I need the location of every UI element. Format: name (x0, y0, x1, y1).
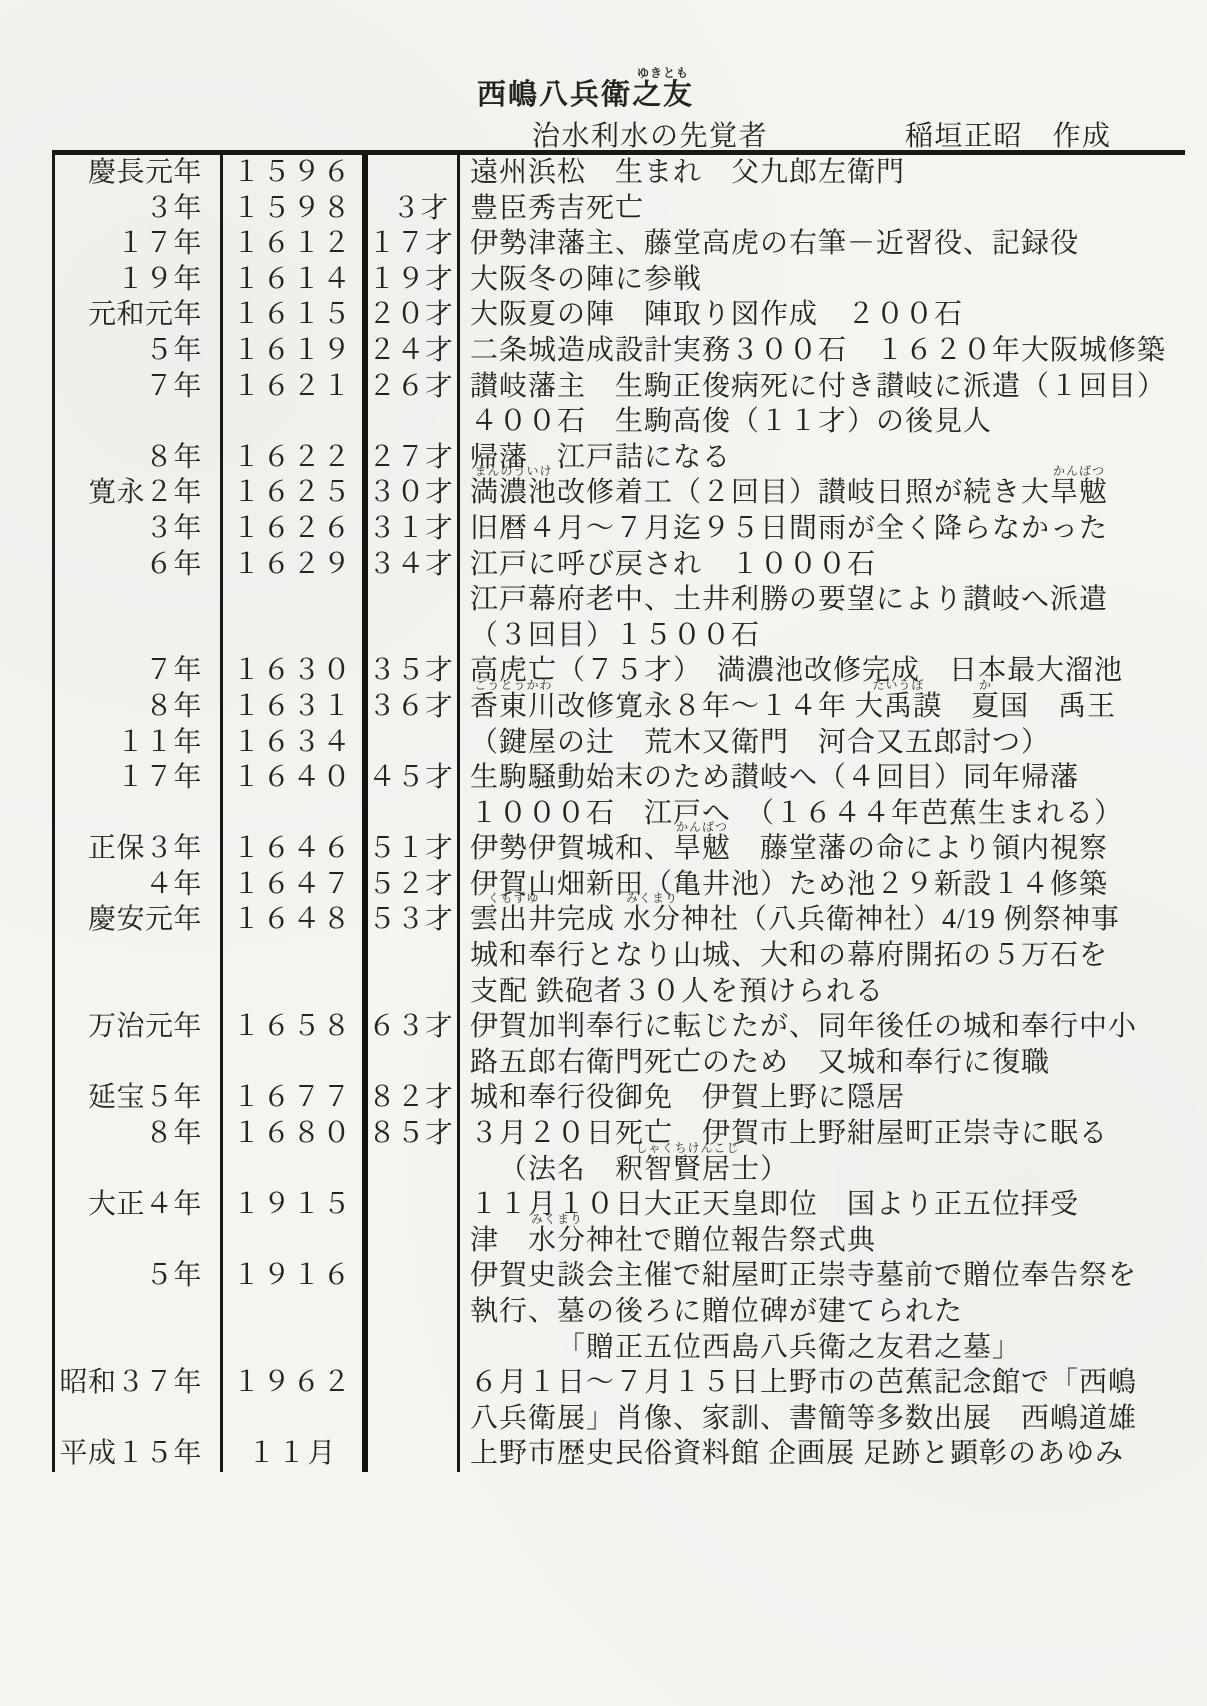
text-run: 伊賀加判奉行に転じたが、同年後任の城和奉行中小 (470, 1011, 1137, 1042)
text-run: 城和奉行となり山城、大和の幕府開拓の５万石を (470, 940, 1108, 971)
timeline-table: 慶長元年１５９６遠州浜松 生まれ 父九郎左衛門３年１５９８３才豊臣秀吉死亡１７年… (52, 150, 1185, 1472)
document-header: 西嶋八兵衛之友ゆきとも 治水利水の先覚者 稲垣正昭 作成 (0, 0, 1207, 150)
age-cell (368, 404, 460, 440)
text-run: 路五郎右衛門死亡のため 又城和奉行に復職 (470, 1047, 1050, 1078)
event-cell: 路五郎右衛門死亡のため 又城和奉行に復職 (460, 1045, 1185, 1081)
year-cell (223, 1330, 368, 1366)
furigana: しゃくちけんこじ (636, 1142, 740, 1154)
era-cell: ８年 (55, 689, 223, 725)
year-cell: １６３４ (223, 725, 368, 761)
event-cell: 雲出井くもずゆ完成 水分みくまり神社（八兵衛神社）4/19 例祭神事 (460, 902, 1185, 938)
text-run: 大阪夏の陣 陣取り図作成 ２００石 (470, 299, 963, 330)
year-cell (223, 582, 368, 618)
age-cell (368, 1294, 460, 1330)
age-cell: ３才 (368, 191, 460, 227)
age-cell: ３４才 (368, 547, 460, 583)
event-cell: 「贈正五位西島八兵衛之友君之墓」 (460, 1330, 1185, 1366)
scanned-document-page: { "page": { "background": "#f5f4f1", "in… (0, 0, 1207, 1706)
year-cell: １６３０ (223, 653, 368, 689)
year-cell: １９６２ (223, 1365, 368, 1401)
event-cell: 江戸に呼び戻され １０００石 (460, 547, 1185, 583)
era-cell: ６年 (55, 547, 223, 583)
furigana: まんのういけ (474, 465, 552, 477)
year-cell (223, 1401, 368, 1437)
age-cell: ２６才 (368, 369, 460, 405)
era-cell: 昭和３７年 (55, 1365, 223, 1401)
era-cell (55, 582, 223, 618)
age-cell: ２４才 (368, 333, 460, 369)
event-cell: （鍵屋の辻 荒木又衛門 河合又五郎討つ） (460, 725, 1185, 761)
age-cell (368, 974, 460, 1010)
era-cell: 寛永２年 (55, 475, 223, 511)
year-cell (223, 974, 368, 1010)
furigana: かんばつ (1053, 465, 1105, 477)
furigana-base: 雲出井くもずゆ (470, 904, 557, 935)
age-cell (368, 938, 460, 974)
event-cell: ３月２０日死亡 伊賀市上野紺屋町正崇寺に眠る (460, 1116, 1185, 1152)
event-cell: 満濃池まんのういけ改修着工（２回目）讃岐日照が続き大旱魃かんばつ (460, 475, 1185, 511)
age-cell: １９才 (368, 262, 460, 298)
era-cell: ４年 (55, 867, 223, 903)
text-run: 伊勢伊賀城和、 (470, 833, 673, 864)
age-cell: ５２才 (368, 867, 460, 903)
year-cell: １６１４ (223, 262, 368, 298)
text-run: 神社（八兵衛神社）4/19 例祭神事 (681, 904, 1120, 935)
event-cell: 執行、墓の後ろに贈位碑が建てられた (460, 1294, 1185, 1330)
text-run: ４００石 生駒高俊（１１才）の後見人 (470, 406, 992, 437)
event-cell: 遠州浜松 生まれ 父九郎左衛門 (460, 155, 1185, 191)
text-run: 城和奉行役御免 伊賀上野に隠居 (470, 1082, 905, 1113)
year-cell: １１月 (223, 1436, 368, 1472)
furigana-base: 夏か (971, 691, 1000, 722)
event-cell: ６月１日～７月１５日上野市の芭蕉記念館で「西嶋 (460, 1365, 1185, 1401)
text-run: 江戸に呼び戻され １０００石 (470, 549, 876, 580)
text-run: 八兵衛展」肖像、家訓、書簡等多数出展 西嶋道雄 (470, 1403, 1137, 1434)
year-cell (223, 618, 368, 654)
text-run: 遠州浜松 生まれ 父九郎左衛門 (470, 157, 905, 188)
era-cell: １９年 (55, 262, 223, 298)
event-cell: 伊勢津藩主、藤堂高虎の右筆－近習役、記録役 (460, 226, 1185, 262)
text-run: 上野市歴史民俗資料館 企画展 足跡と顕彰のあゆみ (470, 1438, 1124, 1469)
year-cell (223, 1045, 368, 1081)
age-cell: ８５才 (368, 1116, 460, 1152)
text-run: ３月２０日死亡 伊賀市上野紺屋町正崇寺に眠る (470, 1118, 1108, 1149)
era-cell (55, 1223, 223, 1259)
text-run: 讃岐藩主 生駒正俊病死に付き讃岐に派遣（１回目） (470, 371, 1166, 402)
era-cell (55, 974, 223, 1010)
text-run: 生駒騒動始末のため讃岐へ（４回目）同年帰藩 (470, 762, 1079, 793)
event-cell: 伊勢伊賀城和、旱魃かんばつ 藤堂藩の命により領内視察 (460, 831, 1185, 867)
era-cell: 正保３年 (55, 831, 223, 867)
era-cell: ５年 (55, 1258, 223, 1294)
page-subtitle: 治水利水の先覚者 (532, 114, 768, 154)
year-cell (223, 1223, 368, 1259)
text-run: 大阪冬の陣に参戦 (470, 264, 702, 295)
text-run (942, 691, 971, 722)
year-cell: １６２１ (223, 369, 368, 405)
furigana-base: 釈智賢居士しゃくちけんこじ (615, 1154, 760, 1185)
age-cell (368, 725, 460, 761)
event-cell: 香東川ごうとうかわ改修寛永８年～１４年 大禹謨たいうぼ 夏か国 禹王 (460, 689, 1185, 725)
era-cell (55, 1330, 223, 1366)
text-run: 旧暦４月～７月迄９５日間雨が全く降らなかった (470, 513, 1108, 544)
era-cell: ３年 (55, 511, 223, 547)
age-cell: ５３才 (368, 902, 460, 938)
age-cell: ３１才 (368, 511, 460, 547)
era-cell: １７年 (55, 760, 223, 796)
age-cell (368, 1152, 460, 1188)
author-credit: 稲垣正昭 作成 (905, 114, 1112, 154)
age-cell: ３６才 (368, 689, 460, 725)
age-cell (368, 1330, 460, 1366)
age-cell: ３０才 (368, 475, 460, 511)
text-run: 伊賀史談会主催で紺屋町正崇寺墓前で贈位奉告祭を (470, 1260, 1137, 1291)
event-cell: 生駒騒動始末のため讃岐へ（４回目）同年帰藩 (460, 760, 1185, 796)
age-cell (368, 1436, 460, 1472)
year-cell (223, 404, 368, 440)
text-run: 江戸幕府老中、土井利勝の要望により讃岐へ派遣 (470, 584, 1108, 615)
furigana-base: 旱魃かんばつ (673, 833, 731, 864)
era-cell: ８年 (55, 1116, 223, 1152)
era-cell: １１年 (55, 725, 223, 761)
furigana: ゆきとも (637, 67, 689, 79)
age-cell (368, 1045, 460, 1081)
era-cell (55, 1045, 223, 1081)
event-cell: 伊賀山畑新田（亀井池）ため池２９新設１４修築 (460, 867, 1185, 903)
event-cell: 江戸幕府老中、土井利勝の要望により讃岐へ派遣 (460, 582, 1185, 618)
event-cell: 城和奉行となり山城、大和の幕府開拓の５万石を (460, 938, 1185, 974)
age-cell: ８２才 (368, 1080, 460, 1116)
year-cell: １６２９ (223, 547, 368, 583)
event-cell: 上野市歴史民俗資料館 企画展 足跡と顕彰のあゆみ (460, 1436, 1185, 1472)
era-cell: 元和元年 (55, 297, 223, 333)
era-cell (55, 1152, 223, 1188)
year-cell: １９１５ (223, 1187, 368, 1223)
event-cell: （法名 釈智賢居士しゃくちけんこじ） (460, 1152, 1185, 1188)
era-cell (55, 796, 223, 832)
era-cell (55, 938, 223, 974)
year-cell: １６２６ (223, 511, 368, 547)
year-cell: １６２５ (223, 475, 368, 511)
age-cell (368, 1401, 460, 1437)
event-cell: （３回目）１５００石 (460, 618, 1185, 654)
text-run: （３回目）１５００石 (470, 620, 760, 651)
furigana: かんばつ (676, 821, 728, 833)
furigana-base: 旱魃かんばつ (1050, 477, 1108, 508)
era-cell: 延宝５年 (55, 1080, 223, 1116)
furigana-base: 香東川ごうとうかわ (470, 691, 557, 722)
age-cell (368, 1187, 460, 1223)
age-cell: ２０才 (368, 297, 460, 333)
year-cell (223, 796, 368, 832)
era-cell: 慶安元年 (55, 902, 223, 938)
era-cell: ７年 (55, 653, 223, 689)
year-cell: １６４６ (223, 831, 368, 867)
age-cell (368, 582, 460, 618)
event-cell: 旧暦４月～７月迄９５日間雨が全く降らなかった (460, 511, 1185, 547)
era-cell: 平成１５年 (55, 1436, 223, 1472)
text-run: 国 禹王 (1000, 691, 1116, 722)
event-cell: 二条城造成設計実務３００石 １６２０年大阪城修築 (460, 333, 1185, 369)
event-cell: １０００石 江戸へ （１６４４年芭蕉生まれる） (460, 796, 1185, 832)
text-run: 二条城造成設計実務３００石 １６２０年大阪城修築 (470, 335, 1166, 366)
event-cell: 豊臣秀吉死亡 (460, 191, 1185, 227)
furigana-base: 之友ゆきとも (632, 79, 694, 111)
year-cell: １６５８ (223, 1009, 368, 1045)
furigana-base: 大禹謨たいうぼ (855, 691, 942, 722)
furigana: みくまり (531, 1213, 583, 1225)
year-cell: １６８０ (223, 1116, 368, 1152)
text-run: 津 (470, 1225, 528, 1256)
text-run: 「贈正五位西島八兵衛之友君之墓」 (557, 1332, 1021, 1363)
age-cell: ２７才 (368, 440, 460, 476)
furigana-base: 満濃池まんのういけ (470, 477, 557, 508)
year-cell: １６４８ (223, 902, 368, 938)
year-cell: １６４７ (223, 867, 368, 903)
event-cell: 津 水分みくまり神社で贈位報告祭式典 (460, 1223, 1185, 1259)
text-run: 執行、墓の後ろに贈位碑が建てられた (470, 1296, 963, 1327)
text-run: 伊賀山畑新田（亀井池）ため池２９新設１４修築 (470, 869, 1108, 900)
era-cell: ８年 (55, 440, 223, 476)
text-run: ） (760, 1154, 789, 1185)
text-run: ６月１日～７月１５日上野市の芭蕉記念館で「西嶋 (470, 1367, 1137, 1398)
era-cell: 慶長元年 (55, 155, 223, 191)
text-run: 高虎亡（７５才） 満濃池改修完成 日本最大溜池 (470, 655, 1123, 686)
furigana: ごうとうかわ (474, 679, 552, 691)
text-run: 藤堂藩の命により領内視察 (731, 833, 1108, 864)
age-cell: ３５才 (368, 653, 460, 689)
year-cell: １６１２ (223, 226, 368, 262)
year-cell: １６４０ (223, 760, 368, 796)
text-run: 伊勢津藩主、藤堂高虎の右筆－近習役、記録役 (470, 228, 1079, 259)
event-cell: ４００石 生駒高俊（１１才）の後見人 (460, 404, 1185, 440)
age-cell (368, 796, 460, 832)
event-cell: 大阪冬の陣に参戦 (460, 262, 1185, 298)
era-cell: ５年 (55, 333, 223, 369)
era-cell: ３年 (55, 191, 223, 227)
year-cell: １６１５ (223, 297, 368, 333)
era-cell: ７年 (55, 369, 223, 405)
year-cell: １９１６ (223, 1258, 368, 1294)
furigana: くもずゆ (487, 892, 539, 904)
furigana-base: 水分みくまり (623, 904, 681, 935)
text-run: （法名 (499, 1154, 615, 1185)
furigana: みくまり (626, 892, 678, 904)
text-run: （鍵屋の辻 荒木又衛門 河合又五郎討つ） (470, 727, 1050, 758)
furigana: か (979, 679, 992, 691)
age-cell: ６３才 (368, 1009, 460, 1045)
age-cell: ４５才 (368, 760, 460, 796)
era-cell: 大正４年 (55, 1187, 223, 1223)
age-cell (368, 155, 460, 191)
year-cell: １５９６ (223, 155, 368, 191)
event-cell: 高虎亡（７５才） 満濃池改修完成 日本最大溜池 (460, 653, 1185, 689)
year-cell (223, 938, 368, 974)
year-cell: １６７７ (223, 1080, 368, 1116)
event-cell: 伊賀加判奉行に転じたが、同年後任の城和奉行中小 (460, 1009, 1185, 1045)
text-run: １０００石 江戸へ （１６４４年芭蕉生まれる） (470, 798, 1123, 829)
age-cell (368, 1223, 460, 1259)
event-cell: 大阪夏の陣 陣取り図作成 ２００石 (460, 297, 1185, 333)
era-cell (55, 1401, 223, 1437)
age-cell (368, 618, 460, 654)
age-cell: ５１才 (368, 831, 460, 867)
text-run: 改修寛永８年～１４年 (557, 691, 855, 722)
event-cell: 伊賀史談会主催で紺屋町正崇寺墓前で贈位奉告祭を (460, 1258, 1185, 1294)
era-cell (55, 404, 223, 440)
age-cell: １７才 (368, 226, 460, 262)
year-cell: １６２２ (223, 440, 368, 476)
year-cell (223, 1152, 368, 1188)
age-cell (368, 1365, 460, 1401)
age-cell (368, 1258, 460, 1294)
text-run: 豊臣秀吉死亡 (470, 193, 644, 224)
year-cell: １６３１ (223, 689, 368, 725)
year-cell: １５９８ (223, 191, 368, 227)
text-run: 完成 (557, 904, 623, 935)
era-cell: １７年 (55, 226, 223, 262)
event-cell: 八兵衛展」肖像、家訓、書簡等多数出展 西嶋道雄 (460, 1401, 1185, 1437)
text-run: 支配 鉄砲者３０人を預けられる (470, 976, 884, 1007)
page-title: 西嶋八兵衛之友ゆきとも (477, 72, 694, 113)
event-cell: 讃岐藩主 生駒正俊病死に付き讃岐に派遣（１回目） (460, 369, 1185, 405)
event-cell: 城和奉行役御免 伊賀上野に隠居 (460, 1080, 1185, 1116)
era-cell (55, 1294, 223, 1330)
era-cell: 万治元年 (55, 1009, 223, 1045)
text-run: 改修着工（２回目）讃岐日照が続き大 (557, 477, 1050, 508)
era-cell (55, 618, 223, 654)
year-cell: １６１９ (223, 333, 368, 369)
furigana-base: 水分みくまり (528, 1225, 586, 1256)
event-cell: 支配 鉄砲者３０人を預けられる (460, 974, 1185, 1010)
furigana: たいうぼ (873, 679, 925, 691)
year-cell (223, 1294, 368, 1330)
text-run: 西嶋八兵衛 (477, 79, 632, 111)
text-run: 神社で贈位報告祭式典 (586, 1225, 876, 1256)
